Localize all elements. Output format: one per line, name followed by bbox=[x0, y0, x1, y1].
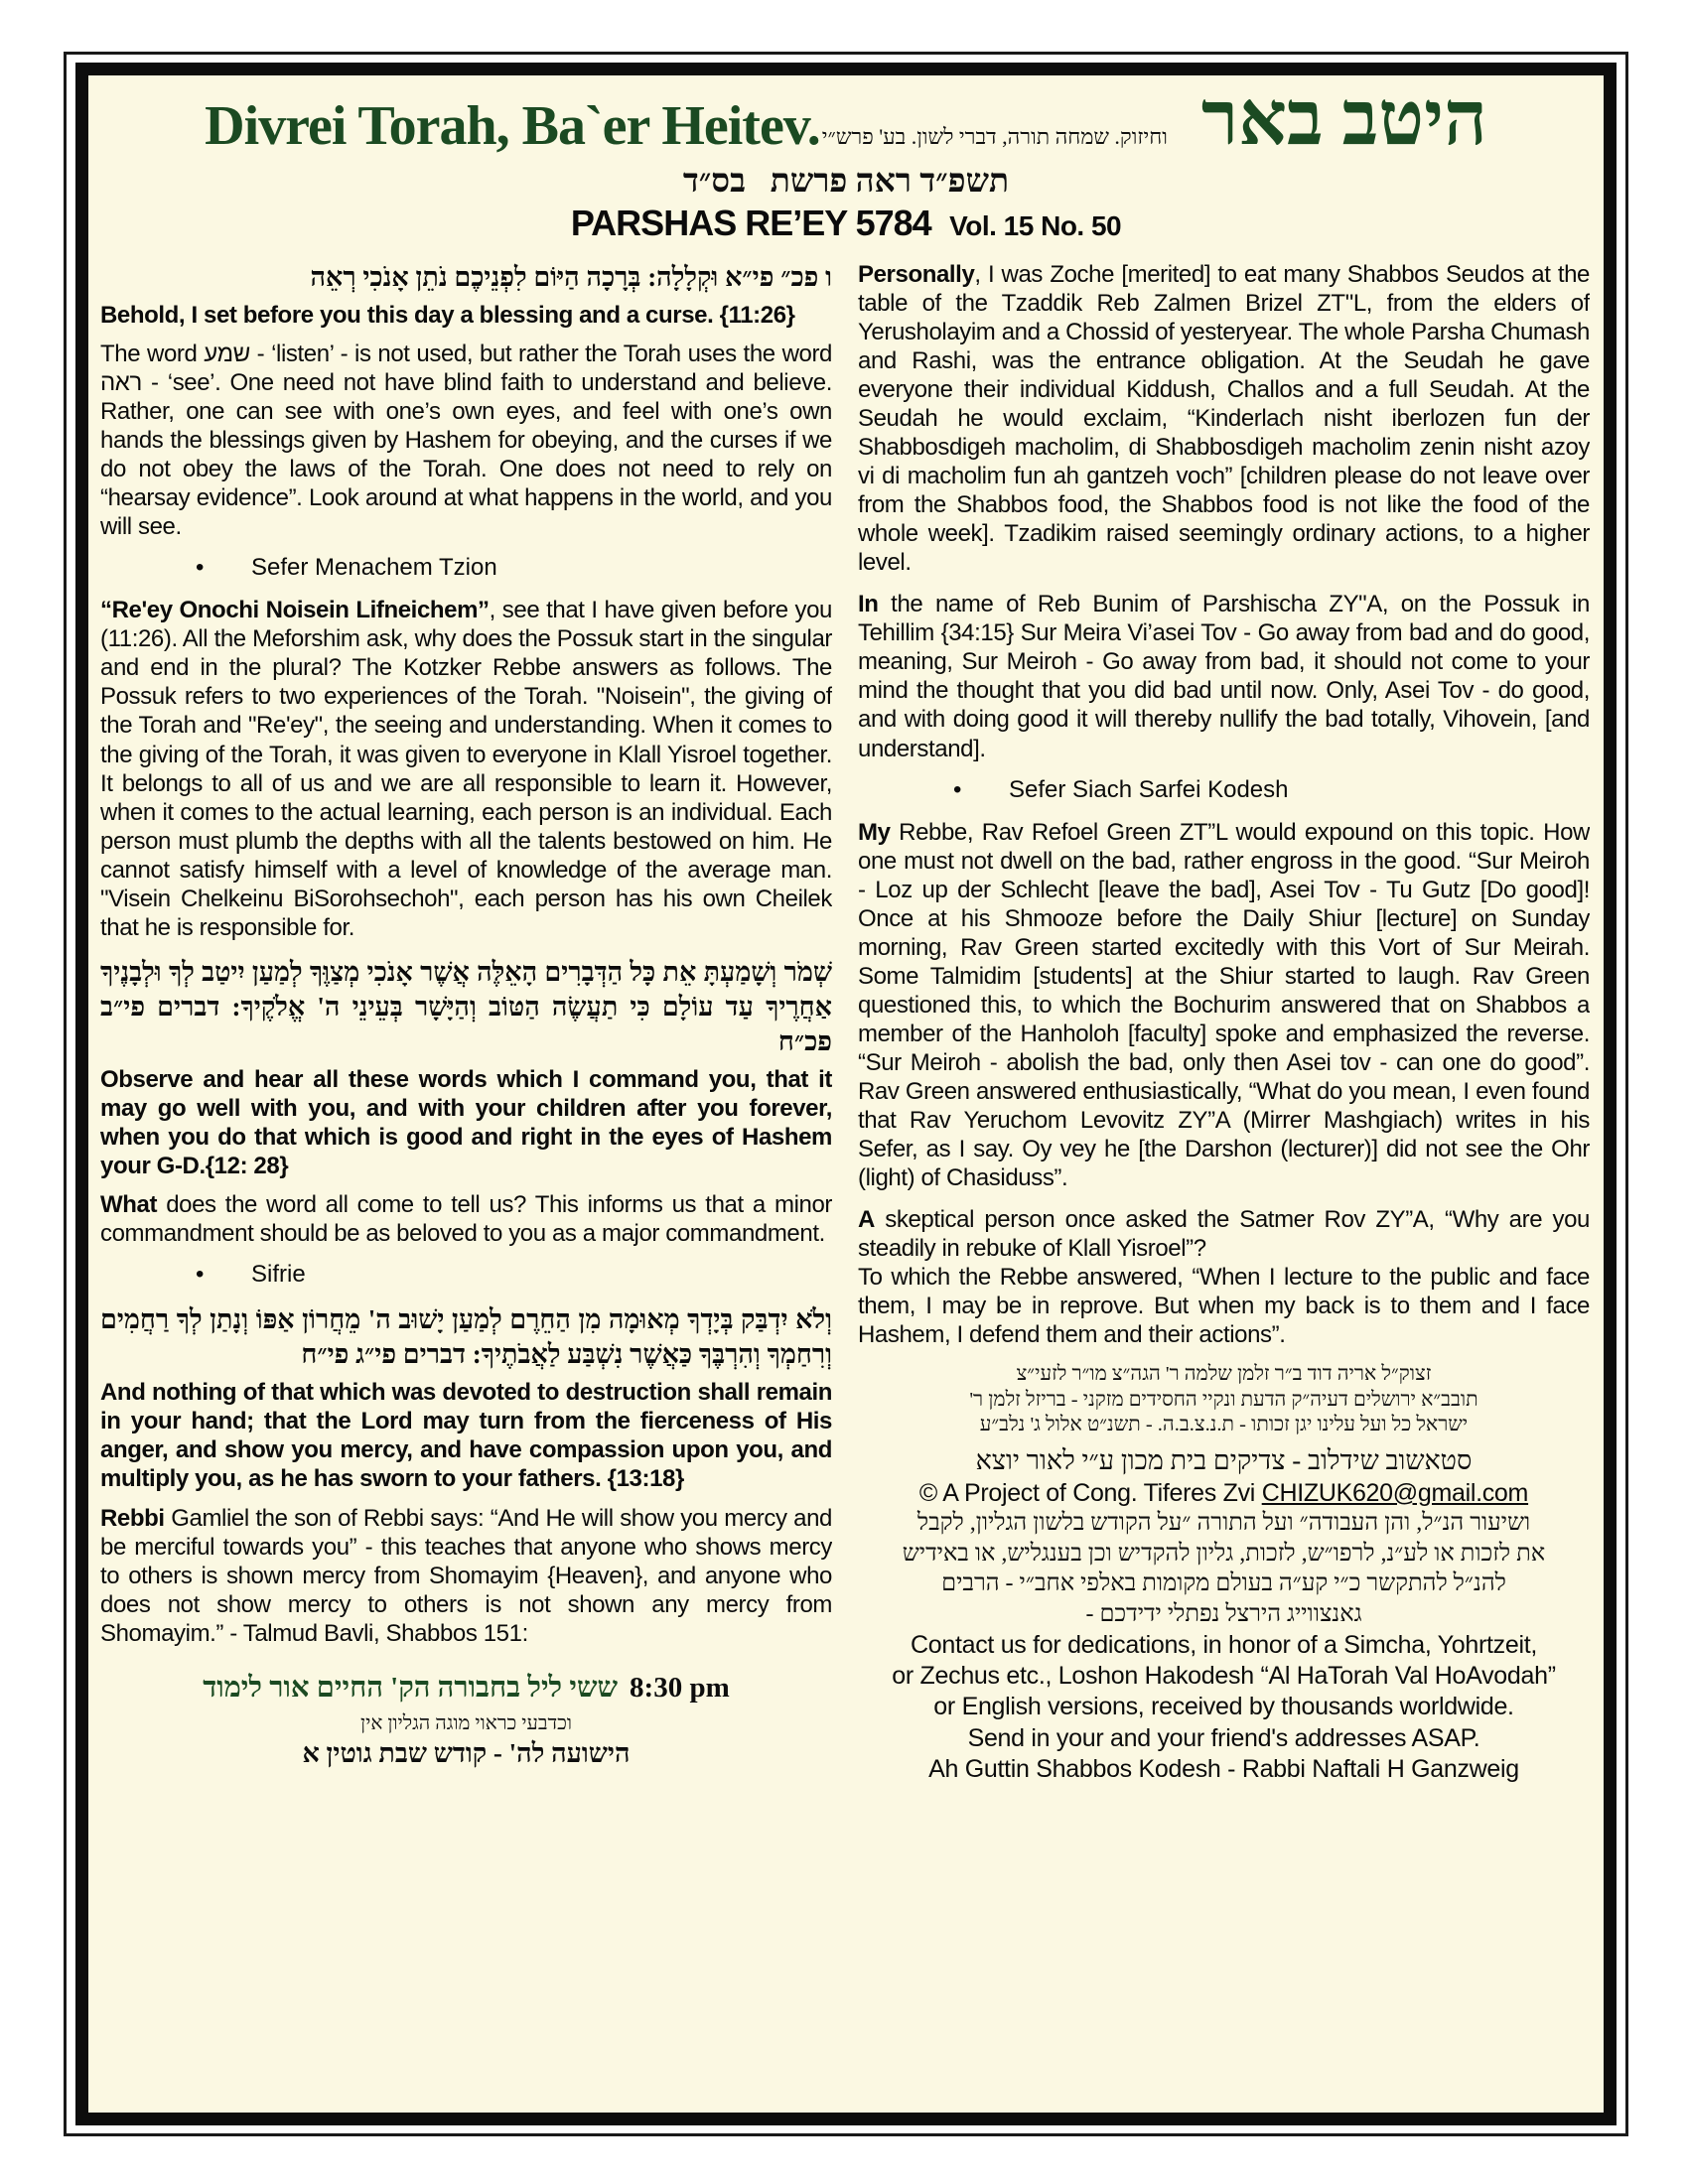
hebrew-verse-velo-yidbak: וְלֹא יִדְבַּק בְּיָדְךָ מְאוּמָה מִן הַ… bbox=[100, 1302, 832, 1372]
paragraph: Rebbi Gamliel the son of Rebbi says: “An… bbox=[100, 1504, 832, 1648]
paragraph: What does the word all come to tell us? … bbox=[100, 1190, 832, 1248]
contact-line: Contact us for dedications, in honor of … bbox=[858, 1630, 1590, 1661]
issue-title-line: PARSHAS RE’EY 5784 Vol. 15 No. 50 bbox=[88, 203, 1604, 244]
project-credit-line: © A Project of Cong. Tiferes Zvi CHIZUK6… bbox=[858, 1479, 1590, 1508]
right-column: Personally, I was Zoche [merited] to eat… bbox=[858, 260, 1590, 2113]
proofread-disclaimer: וכדבעי כראוי מוגה הגליון אין bbox=[100, 1712, 832, 1735]
bullet-icon: • bbox=[953, 776, 1009, 804]
publisher-line: סטאשוב שידלוב - צדיקים בית מכון ע״י לאור… bbox=[858, 1445, 1590, 1476]
paragraph-text: , I was Zoche [merited] to eat many Shab… bbox=[858, 261, 1590, 576]
article-columns: ו פכ״ פי״א וּקְלָלָה: בְּרָכָה הַיּוֹם ל… bbox=[88, 244, 1604, 2113]
shiur-announcement: ששי ליל בחבורה הק' החיים אור לימוד8:30 p… bbox=[100, 1672, 832, 1705]
contact-line: or Zechus etc., Loshon Hakodesh “Al HaTo… bbox=[858, 1661, 1590, 1692]
verse-translation-reey: Behold, I set before you this day a bles… bbox=[100, 301, 832, 330]
subscription-info-block: ושיעור הנ״ל, והן העבודה״ ועל התורה ״על ה… bbox=[858, 1508, 1590, 1630]
paragraph-lead: Personally bbox=[858, 261, 974, 288]
dedication-line: זצוק״ל אריה דוד ב״ר זלמן שלמה ר' הגה״צ מ… bbox=[858, 1362, 1590, 1388]
subscription-line: את לזכות או לע״נ, לרפו״ש, לזכות, גליון ל… bbox=[858, 1539, 1590, 1570]
paragraph: A skeptical person once asked the Satmer… bbox=[858, 1205, 1590, 1263]
paragraph-text: Rebbe, Rav Refoel Green ZT”L would expou… bbox=[858, 819, 1590, 1191]
hebrew-verse-shamor: שְׁמֹר וְשָׁמַעְתָּ אֵת כָּל הַדְּבָרִים… bbox=[100, 955, 832, 1059]
contact-info-block: Contact us for dedications, in honor of … bbox=[858, 1630, 1590, 1785]
newsletter-page: Divrei Torah, Ba`er Heitev.וחיזוק. שמחה … bbox=[75, 63, 1617, 2125]
verse-translation-shamor: Observe and hear all these words which I… bbox=[100, 1065, 832, 1180]
volume-number: Vol. 15 No. 50 bbox=[949, 210, 1121, 241]
source-name: Sifrie bbox=[251, 1261, 306, 1289]
source-bullet-siach-sarfei-kodesh: • Sefer Siach Sarfei Kodesh bbox=[953, 776, 1590, 804]
source-bullet-sifrie: • Sifrie bbox=[196, 1261, 832, 1289]
parsha-title: PARSHAS RE’EY 5784 bbox=[571, 203, 931, 243]
paragraph-lead: My bbox=[858, 819, 891, 846]
paragraph: The word שמע - ‘listen’ - is not used, b… bbox=[100, 340, 832, 541]
paragraph-text: skeptical person once asked the Satmer R… bbox=[858, 1206, 1590, 1262]
project-credit-text: © A Project of Cong. Tiferes Zvi bbox=[919, 1479, 1262, 1507]
source-name: Sefer Menachem Tzion bbox=[251, 554, 497, 582]
paragraph-text: The word שמע - ‘listen’ - is not used, b… bbox=[100, 341, 832, 540]
newsletter-subtitle-hebrew: וחיזוק. שמחה תורה, דברי לשון. בע' פרש״י bbox=[822, 124, 1168, 150]
contact-line: Ah Guttin Shabbos Kodesh - Rabbi Naftali… bbox=[858, 1754, 1590, 1785]
paragraph-text: Gamliel the son of Rebbi says: “And He w… bbox=[100, 1505, 832, 1647]
source-name: Sefer Siach Sarfei Kodesh bbox=[1009, 776, 1289, 804]
dedication-block: זצוק״ל אריה דוד ב״ר זלמן שלמה ר' הגה״צ מ… bbox=[858, 1362, 1590, 1438]
contact-email-link[interactable]: CHIZUK620@gmail.com bbox=[1262, 1479, 1528, 1507]
paragraph-text: , see that I have given before you (11:2… bbox=[100, 597, 832, 940]
masthead: Divrei Torah, Ba`er Heitev.וחיזוק. שמחה … bbox=[88, 75, 1604, 244]
paragraph-text: the name of Reb Bunim of Parshischa ZY"A… bbox=[858, 591, 1590, 761]
bsd-parsha-line: תשפ״ד ראה פרשת בס״ד bbox=[88, 164, 1604, 201]
newsletter-title-english: Divrei Torah, Ba`er Heitev. bbox=[205, 94, 820, 158]
outer-frame: Divrei Torah, Ba`er Heitev.וחיזוק. שמחה … bbox=[64, 52, 1628, 2136]
good-shabbos-greeting: הישועה לה' - קודש שבת גוטין א bbox=[100, 1738, 832, 1769]
right-column-footer: זצוק״ל אריה דוד ב״ר זלמן שלמה ר' הגה״צ מ… bbox=[858, 1362, 1590, 1785]
paragraph-lead: In bbox=[858, 591, 879, 617]
verse-translation-velo-yidbak: And nothing of that which was devoted to… bbox=[100, 1378, 832, 1493]
paragraph: In the name of Reb Bunim of Parshischa Z… bbox=[858, 590, 1590, 762]
hebrew-verse-reey: ו פכ״ פי״א וּקְלָלָה: בְּרָכָה הַיּוֹם ל… bbox=[100, 260, 832, 295]
shiur-time: 8:30 pm bbox=[630, 1672, 730, 1704]
source-bullet-menachem-tzion: • Sefer Menachem Tzion bbox=[196, 554, 832, 582]
paragraph-lead: A bbox=[858, 1206, 875, 1233]
paragraph: My Rebbe, Rav Refoel Green ZT”L would ex… bbox=[858, 818, 1590, 1192]
paragraph-lead: “Re'ey Onochi Noisein Lifneichem” bbox=[100, 597, 490, 623]
paragraph-text: does the word all come to tell us? This … bbox=[100, 1191, 832, 1247]
paragraph: “Re'ey Onochi Noisein Lifneichem”, see t… bbox=[100, 596, 832, 941]
paragraph-lead: What bbox=[100, 1191, 157, 1218]
paragraph-text: To which the Rebbe answered, “When I lec… bbox=[858, 1264, 1590, 1348]
subscription-line: גאנצווייג הירצל נפתלי ידידכם - bbox=[858, 1599, 1590, 1630]
contact-line: Send in your and your friend's addresses… bbox=[858, 1723, 1590, 1754]
dedication-line: תובב״א ירושלים דעיה״ק הדעת ונקיי החסידים… bbox=[858, 1388, 1590, 1414]
paragraph: To which the Rebbe answered, “When I lec… bbox=[858, 1263, 1590, 1349]
paragraph: Personally, I was Zoche [merited] to eat… bbox=[858, 260, 1590, 577]
contact-line: or English versions, received by thousan… bbox=[858, 1692, 1590, 1722]
left-column-footer: ששי ליל בחבורה הק' החיים אור לימוד8:30 p… bbox=[100, 1672, 832, 1769]
paragraph-lead: Rebbi bbox=[100, 1505, 165, 1532]
newsletter-title-hebrew: היטב באר bbox=[1201, 85, 1487, 153]
bullet-icon: • bbox=[196, 554, 251, 582]
subscription-line: להנ״ל להתקשר כ״י קע״ה בעולם מקומות באלפי… bbox=[858, 1569, 1590, 1599]
left-column: ו פכ״ פי״א וּקְלָלָה: בְּרָכָה הַיּוֹם ל… bbox=[100, 260, 832, 2113]
shiur-announcement-hebrew: ששי ליל בחבורה הק' החיים אור לימוד bbox=[203, 1672, 618, 1704]
dedication-line: ישראל כל ועל עלינו יגן זכותו - ת.נ.צ.ב.ה… bbox=[858, 1413, 1590, 1438]
subscription-line: ושיעור הנ״ל, והן העבודה״ ועל התורה ״על ה… bbox=[858, 1508, 1590, 1539]
bullet-icon: • bbox=[196, 1261, 251, 1289]
